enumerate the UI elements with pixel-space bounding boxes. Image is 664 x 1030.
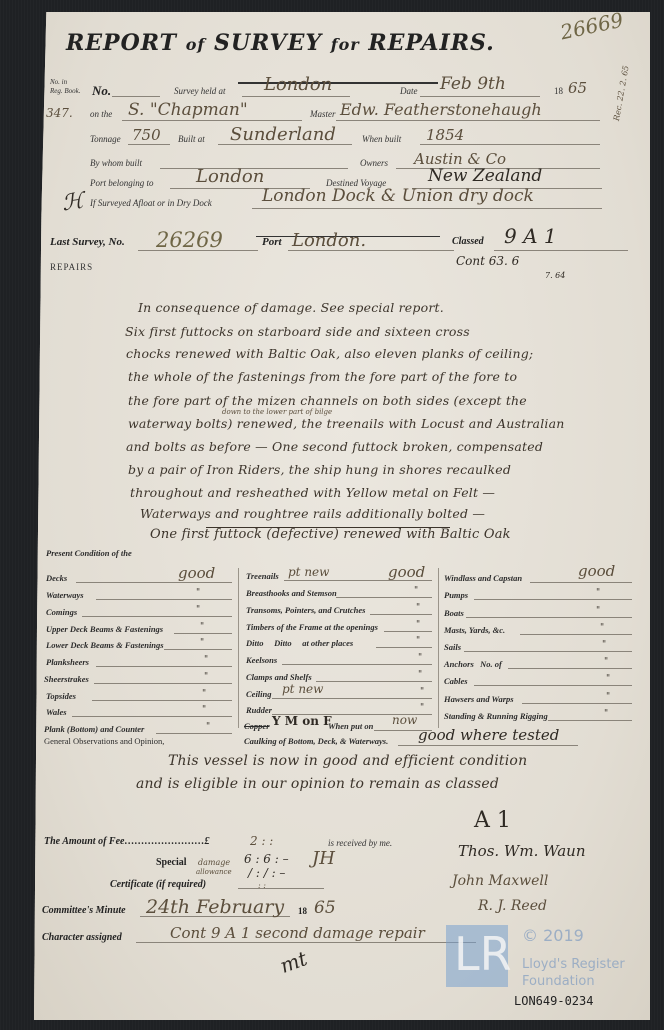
condition-label-transoms: Transoms, Pointers, and Crutches bbox=[246, 605, 365, 615]
condition-line bbox=[272, 698, 432, 699]
condition-line bbox=[522, 703, 632, 704]
condition-label-sails: Sails bbox=[444, 642, 461, 652]
condition-label-timbers-openings: Timbers of the Frame at the openings bbox=[246, 622, 378, 632]
condition-value: " bbox=[596, 588, 600, 598]
condition-label-hawsers: Hawsers and Warps bbox=[444, 694, 514, 704]
committee-year-prefix: 18 bbox=[298, 906, 307, 916]
cont-sub-note: 7. 64 bbox=[545, 271, 565, 280]
condition-line bbox=[96, 599, 232, 600]
condition-value: " bbox=[600, 623, 604, 633]
condition-value: good bbox=[178, 564, 215, 582]
condition-value: " bbox=[204, 672, 208, 682]
date-label: Date bbox=[400, 86, 418, 96]
opinion-line: and is eligible in our opinion to remain… bbox=[136, 776, 499, 792]
condition-note: pt new bbox=[288, 565, 329, 579]
condition-value: " bbox=[604, 709, 608, 719]
signature-surveyor-1: Thos. Wm. Waun bbox=[458, 842, 586, 860]
ship-line bbox=[122, 120, 302, 121]
condition-label-rudder: Rudder bbox=[246, 705, 272, 715]
port-label: Port bbox=[262, 236, 282, 248]
repairs-line: chocks renewed with Baltic Oak, also ele… bbox=[126, 346, 533, 361]
signature-surveyor-2: John Maxwell bbox=[452, 873, 548, 889]
repairs-line: the whole of the fastenings from the for… bbox=[128, 369, 517, 384]
repairs-line: One first futtock (defective) renewed wi… bbox=[150, 527, 511, 542]
survey-held-at-value: London bbox=[264, 74, 332, 95]
repairs-line: Waterways and roughtree rails additional… bbox=[140, 506, 485, 521]
reg-book-number: 347. bbox=[46, 106, 73, 120]
condition-label-sheerstrakes: Sheerstrakes bbox=[44, 674, 89, 684]
repairs-line: throughout and resheathed with Yellow me… bbox=[130, 485, 495, 500]
condition-line bbox=[336, 597, 432, 598]
no-in-reg-book-label: No. inReg. Book. bbox=[50, 78, 81, 96]
reference-code: LON649-0234 bbox=[514, 994, 593, 1008]
repairs-line: and bolts as before — One second futtock… bbox=[126, 439, 543, 454]
condition-note-metal: Y M on F bbox=[272, 714, 332, 728]
condition-label-lower-deck-beams: Lower Deck Beams & Fastenings bbox=[46, 640, 164, 650]
condition-value: " bbox=[602, 640, 606, 650]
condition-label-topsides: Topsides bbox=[46, 691, 76, 701]
logo-text: LR bbox=[454, 927, 512, 981]
condition-line bbox=[76, 582, 232, 583]
watermark-org-line1: Lloyd's Register bbox=[522, 957, 625, 972]
general-observations-label: General Observations and Opinion, bbox=[44, 736, 164, 746]
condition-value: " bbox=[202, 689, 206, 699]
committee-year-suffix: 65 bbox=[314, 898, 336, 918]
condition-label-ceiling: Ceiling bbox=[246, 689, 272, 699]
caulking-label: Caulking of Bottom, Deck, & Waterways. bbox=[244, 736, 388, 746]
date-value: Feb 9th bbox=[440, 74, 506, 94]
caulking-line bbox=[398, 745, 578, 746]
condition-label-clamps: Clamps and Shelfs bbox=[246, 672, 312, 682]
last-survey-number: 26269 bbox=[156, 228, 223, 252]
no-label: No. bbox=[92, 83, 111, 99]
surveyor-initials-mark: ℋ bbox=[60, 189, 85, 217]
condition-value: " bbox=[420, 703, 424, 713]
class-mark: A 1 bbox=[474, 808, 511, 833]
condition-line bbox=[548, 720, 632, 721]
repairs-line: Six first futtocks on starboard side and… bbox=[125, 324, 470, 339]
condition-value: " bbox=[414, 586, 418, 596]
year-suffix: 65 bbox=[568, 79, 587, 97]
condition-label-timbers-other: Ditto Ditto at other places bbox=[246, 638, 353, 648]
condition-line bbox=[530, 582, 632, 583]
repairs-label: REPAIRS bbox=[50, 262, 93, 272]
caulking-value: good where tested bbox=[418, 726, 559, 744]
repairs-line: the fore part of the mizen channels on b… bbox=[128, 393, 527, 408]
condition-label-plank-bottom: Plank (Bottom) and Counter bbox=[44, 724, 144, 734]
condition-line bbox=[92, 700, 232, 701]
ship-name: S. "Chapman" bbox=[128, 100, 248, 120]
fee-received-label: is received by me. bbox=[328, 838, 392, 848]
condition-label-breasthooks: Breasthooks and Stemson bbox=[246, 588, 337, 598]
condition-value: " bbox=[596, 606, 600, 616]
condition-line bbox=[520, 634, 632, 635]
condition-label-copper: Copper bbox=[244, 721, 270, 731]
condition-value: " bbox=[606, 674, 610, 684]
condition-value: " bbox=[606, 692, 610, 702]
fee-amount-label: The Amount of Fee……………………£ bbox=[44, 836, 209, 847]
character-assigned-value: Cont 9 A 1 second damage repair bbox=[170, 924, 425, 942]
repairs-insertion: down to the lower part of bilge bbox=[222, 408, 332, 416]
when-built-value: 1854 bbox=[426, 126, 464, 144]
condition-line bbox=[474, 685, 632, 686]
master-value: Edw. Featherstonehaugh bbox=[340, 100, 542, 119]
fee-receipt-initials: JH bbox=[312, 848, 335, 869]
condition-value: " bbox=[202, 705, 206, 715]
tonnage-line bbox=[128, 144, 170, 145]
by-whom-built-label: By whom built bbox=[90, 158, 142, 168]
condition-label-windlass: Windlass and Capstan bbox=[444, 573, 522, 583]
condition-value: good bbox=[388, 563, 425, 581]
repairs-line: In consequence of damage. See special re… bbox=[138, 300, 444, 315]
condition-line bbox=[316, 681, 432, 682]
condition-line bbox=[174, 633, 232, 634]
afloat-dock-value: London Dock & Union dry dock bbox=[262, 186, 534, 206]
special-amount-allowance: / : / : – bbox=[248, 866, 285, 880]
master-label: Master bbox=[310, 109, 336, 119]
classed-line bbox=[494, 250, 628, 251]
no-line bbox=[112, 96, 160, 97]
condition-line bbox=[474, 599, 632, 600]
condition-value: " bbox=[418, 653, 422, 663]
condition-line bbox=[96, 666, 232, 667]
condition-value: good bbox=[578, 562, 615, 580]
condition-line bbox=[370, 614, 432, 615]
tonnage-value: 750 bbox=[132, 126, 161, 144]
condition-label-when-put-on: When put on bbox=[328, 721, 373, 731]
survey-held-at-label: Survey held at bbox=[174, 86, 225, 96]
condition-value: " bbox=[200, 638, 204, 648]
lloyds-register-logo: LR bbox=[446, 925, 508, 987]
master-line bbox=[336, 120, 600, 121]
condition-value: now bbox=[392, 713, 417, 727]
condition-line bbox=[508, 668, 632, 669]
certificate-label: Certificate (if required) bbox=[110, 879, 206, 890]
condition-line bbox=[384, 631, 432, 632]
condition-label-anchors: Anchors No. of bbox=[444, 659, 502, 669]
condition-label-comings: Comings bbox=[46, 607, 77, 617]
condition-note: pt new bbox=[282, 682, 323, 696]
condition-line bbox=[466, 617, 632, 618]
character-assigned-line bbox=[136, 942, 476, 943]
last-survey-port: London. bbox=[292, 230, 366, 251]
tonnage-label: Tonnage bbox=[90, 134, 121, 144]
opinion-line: This vessel is now in good and efficient… bbox=[168, 753, 527, 769]
when-built-line bbox=[420, 144, 600, 145]
port-belonging-value: London bbox=[196, 166, 264, 187]
on-the-label: on the bbox=[90, 109, 112, 119]
classed-value: 9 A 1 bbox=[504, 224, 557, 248]
condition-value: " bbox=[206, 722, 210, 732]
condition-value: " bbox=[196, 588, 200, 598]
special-note: damage bbox=[198, 858, 230, 867]
repairs-line: waterway bolts) renewed, the treenails w… bbox=[128, 416, 565, 431]
condition-label-planksheers: Planksheers bbox=[46, 657, 89, 667]
special-amount: 6 : 6 : – bbox=[244, 852, 289, 866]
signature-surveyor-3: R. J. Reed bbox=[478, 898, 547, 914]
condition-label-boats: Boats bbox=[444, 608, 464, 618]
watermark-org-line2: Foundation bbox=[522, 974, 595, 989]
special-label: Special bbox=[156, 857, 187, 868]
condition-value: " bbox=[416, 620, 420, 630]
committee-minute-label: Committee's Minute bbox=[42, 905, 126, 916]
document-title: REPORT of SURVEY for REPAIRS. bbox=[66, 30, 495, 56]
condition-value: " bbox=[420, 687, 424, 697]
condition-line bbox=[376, 647, 432, 648]
character-assigned-label: Character assigned bbox=[42, 932, 122, 943]
repairs-line: by a pair of Iron Riders, the ship hung … bbox=[128, 462, 511, 477]
condition-label-pumps: Pumps bbox=[444, 590, 468, 600]
watermark-copyright: © 2019 bbox=[522, 926, 584, 945]
last-survey-label: Last Survey, No. bbox=[50, 236, 125, 248]
afloat-dock-label: If Surveyed Afloat or in Dry Dock bbox=[90, 198, 212, 208]
committee-minute-date: 24th February bbox=[146, 896, 284, 918]
condition-line bbox=[164, 649, 232, 650]
condition-line bbox=[94, 683, 232, 684]
built-at-label: Built at bbox=[178, 134, 205, 144]
condition-label-masts: Masts, Yards, &c. bbox=[444, 625, 505, 635]
fee-amount-value: 2 : : bbox=[250, 834, 273, 848]
condition-label-rigging: Standing & Running Rigging bbox=[444, 711, 548, 721]
special-note-allowance: allowance bbox=[196, 868, 232, 876]
condition-value: " bbox=[204, 655, 208, 665]
destined-voyage-value: New Zealand bbox=[428, 166, 542, 186]
condition-line bbox=[82, 616, 232, 617]
when-built-label: When built bbox=[362, 134, 401, 144]
condition-label-keelsons: Keelsons bbox=[246, 655, 277, 665]
condition-label-waterways: Waterways bbox=[46, 590, 84, 600]
column-divider bbox=[238, 568, 239, 728]
condition-label-decks: Decks bbox=[46, 573, 67, 583]
owners-label: Owners bbox=[360, 158, 388, 168]
column-divider bbox=[438, 568, 439, 728]
built-at-value: Sunderland bbox=[230, 124, 336, 145]
cont-note: Cont 63. 6 bbox=[456, 254, 519, 268]
classed-label: Classed bbox=[452, 236, 484, 247]
condition-line bbox=[464, 651, 632, 652]
condition-label-wales: Wales bbox=[46, 707, 67, 717]
condition-value: " bbox=[196, 605, 200, 615]
port-belonging-label: Port belonging to bbox=[90, 178, 154, 188]
afloat-dock-line bbox=[252, 208, 602, 209]
condition-value: " bbox=[604, 657, 608, 667]
survey-held-line bbox=[242, 96, 350, 97]
certificate-amount: : : bbox=[258, 881, 266, 890]
certificate-line bbox=[238, 888, 324, 889]
condition-heading: Present Condition of the bbox=[46, 548, 132, 558]
condition-value: " bbox=[418, 670, 422, 680]
condition-value: " bbox=[416, 636, 420, 646]
condition-label-treenails: Treenails bbox=[246, 571, 279, 581]
date-line bbox=[420, 96, 540, 97]
year-prefix: 18 bbox=[554, 86, 563, 96]
condition-label-cables: Cables bbox=[444, 676, 468, 686]
condition-line bbox=[156, 733, 232, 734]
condition-label-upper-deck-beams: Upper Deck Beams & Fastenings bbox=[46, 624, 163, 634]
condition-line bbox=[72, 716, 232, 717]
condition-value: " bbox=[200, 622, 204, 632]
condition-line bbox=[282, 664, 432, 665]
condition-value: " bbox=[416, 603, 420, 613]
